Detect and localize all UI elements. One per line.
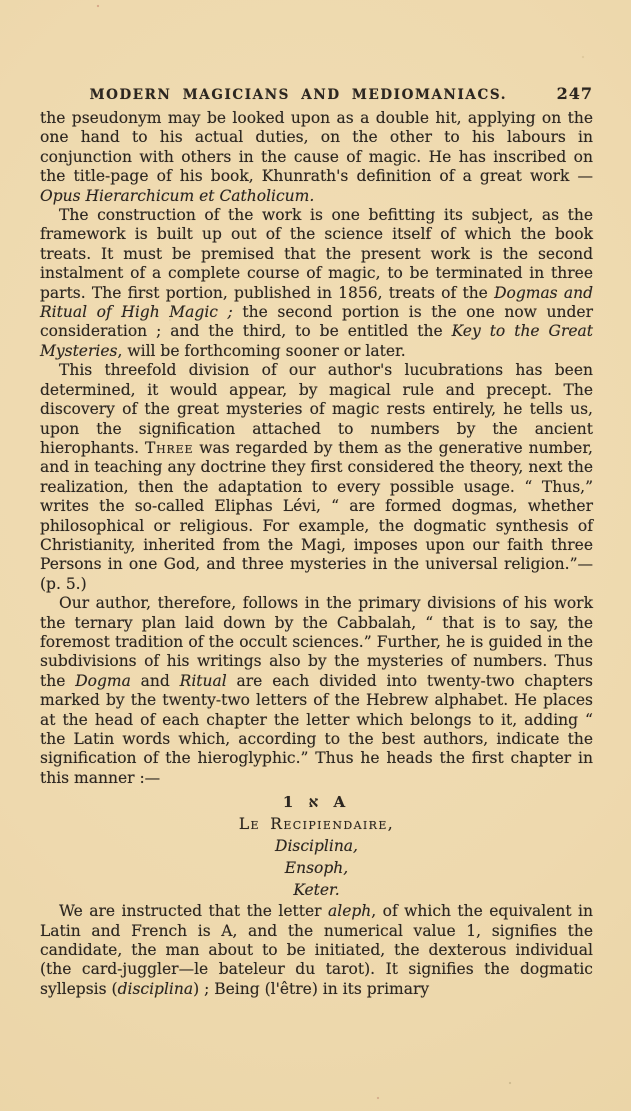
text-segment-italic: Dogma: [75, 672, 131, 690]
text-segment-normal: the pseudonym may be looked upon as a do…: [40, 109, 593, 185]
paragraph: the pseudonym may be looked upon as a do…: [40, 109, 593, 206]
page-body: the pseudonym may be looked upon as a do…: [40, 109, 593, 999]
paragraph: This threefold division of our author's …: [40, 361, 593, 594]
page-number: 247: [557, 84, 593, 103]
text-segment-normal: and: [131, 672, 180, 690]
paragraph: Our author, therefore, follows in the pr…: [40, 594, 593, 788]
text-segment-italic: Ritual: [180, 672, 227, 690]
text-segment-normal: was regarded by them as the generative n…: [40, 439, 593, 593]
book-page-scan: MODERN MAGICIANS AND MEDIOMANIACS. 247 t…: [0, 0, 631, 1111]
chapter-symbols-line: 1 א A: [40, 791, 593, 813]
text-segment-smallcaps: Three: [145, 439, 193, 457]
paragraph: We are instructed that the letter aleph,…: [40, 902, 593, 999]
text-segment-normal: , will be forthcoming sooner or later.: [117, 342, 405, 360]
chapter-word-ensoph: Ensoph,: [40, 857, 593, 879]
chapter-heading-block: 1 א A Le Recipiendaire, Disciplina, Enso…: [40, 791, 593, 901]
running-title: MODERN MAGICIANS AND MEDIOMANIACS.: [40, 87, 557, 103]
text-segment-italic: aleph: [328, 902, 371, 920]
text-segment-normal: ) ; Being (l'être) in its primary: [193, 980, 429, 998]
paragraph: The construction of the work is one befi…: [40, 206, 593, 361]
chapter-word-keter: Keter.: [40, 879, 593, 901]
chapter-word-disciplina: Disciplina,: [40, 835, 593, 857]
text-segment-italic: disciplina: [118, 980, 194, 998]
paragraphs-after-heading: We are instructed that the letter aleph,…: [40, 902, 593, 999]
running-head: MODERN MAGICIANS AND MEDIOMANIACS. 247: [40, 84, 593, 103]
paragraphs-before-heading: the pseudonym may be looked upon as a do…: [40, 109, 593, 788]
text-segment-italic: Opus Hierarchicum et Catholicum.: [40, 187, 314, 205]
chapter-recipient-line: Le Recipiendaire,: [40, 813, 593, 835]
text-segment-normal: We are instructed that the letter: [59, 902, 328, 920]
